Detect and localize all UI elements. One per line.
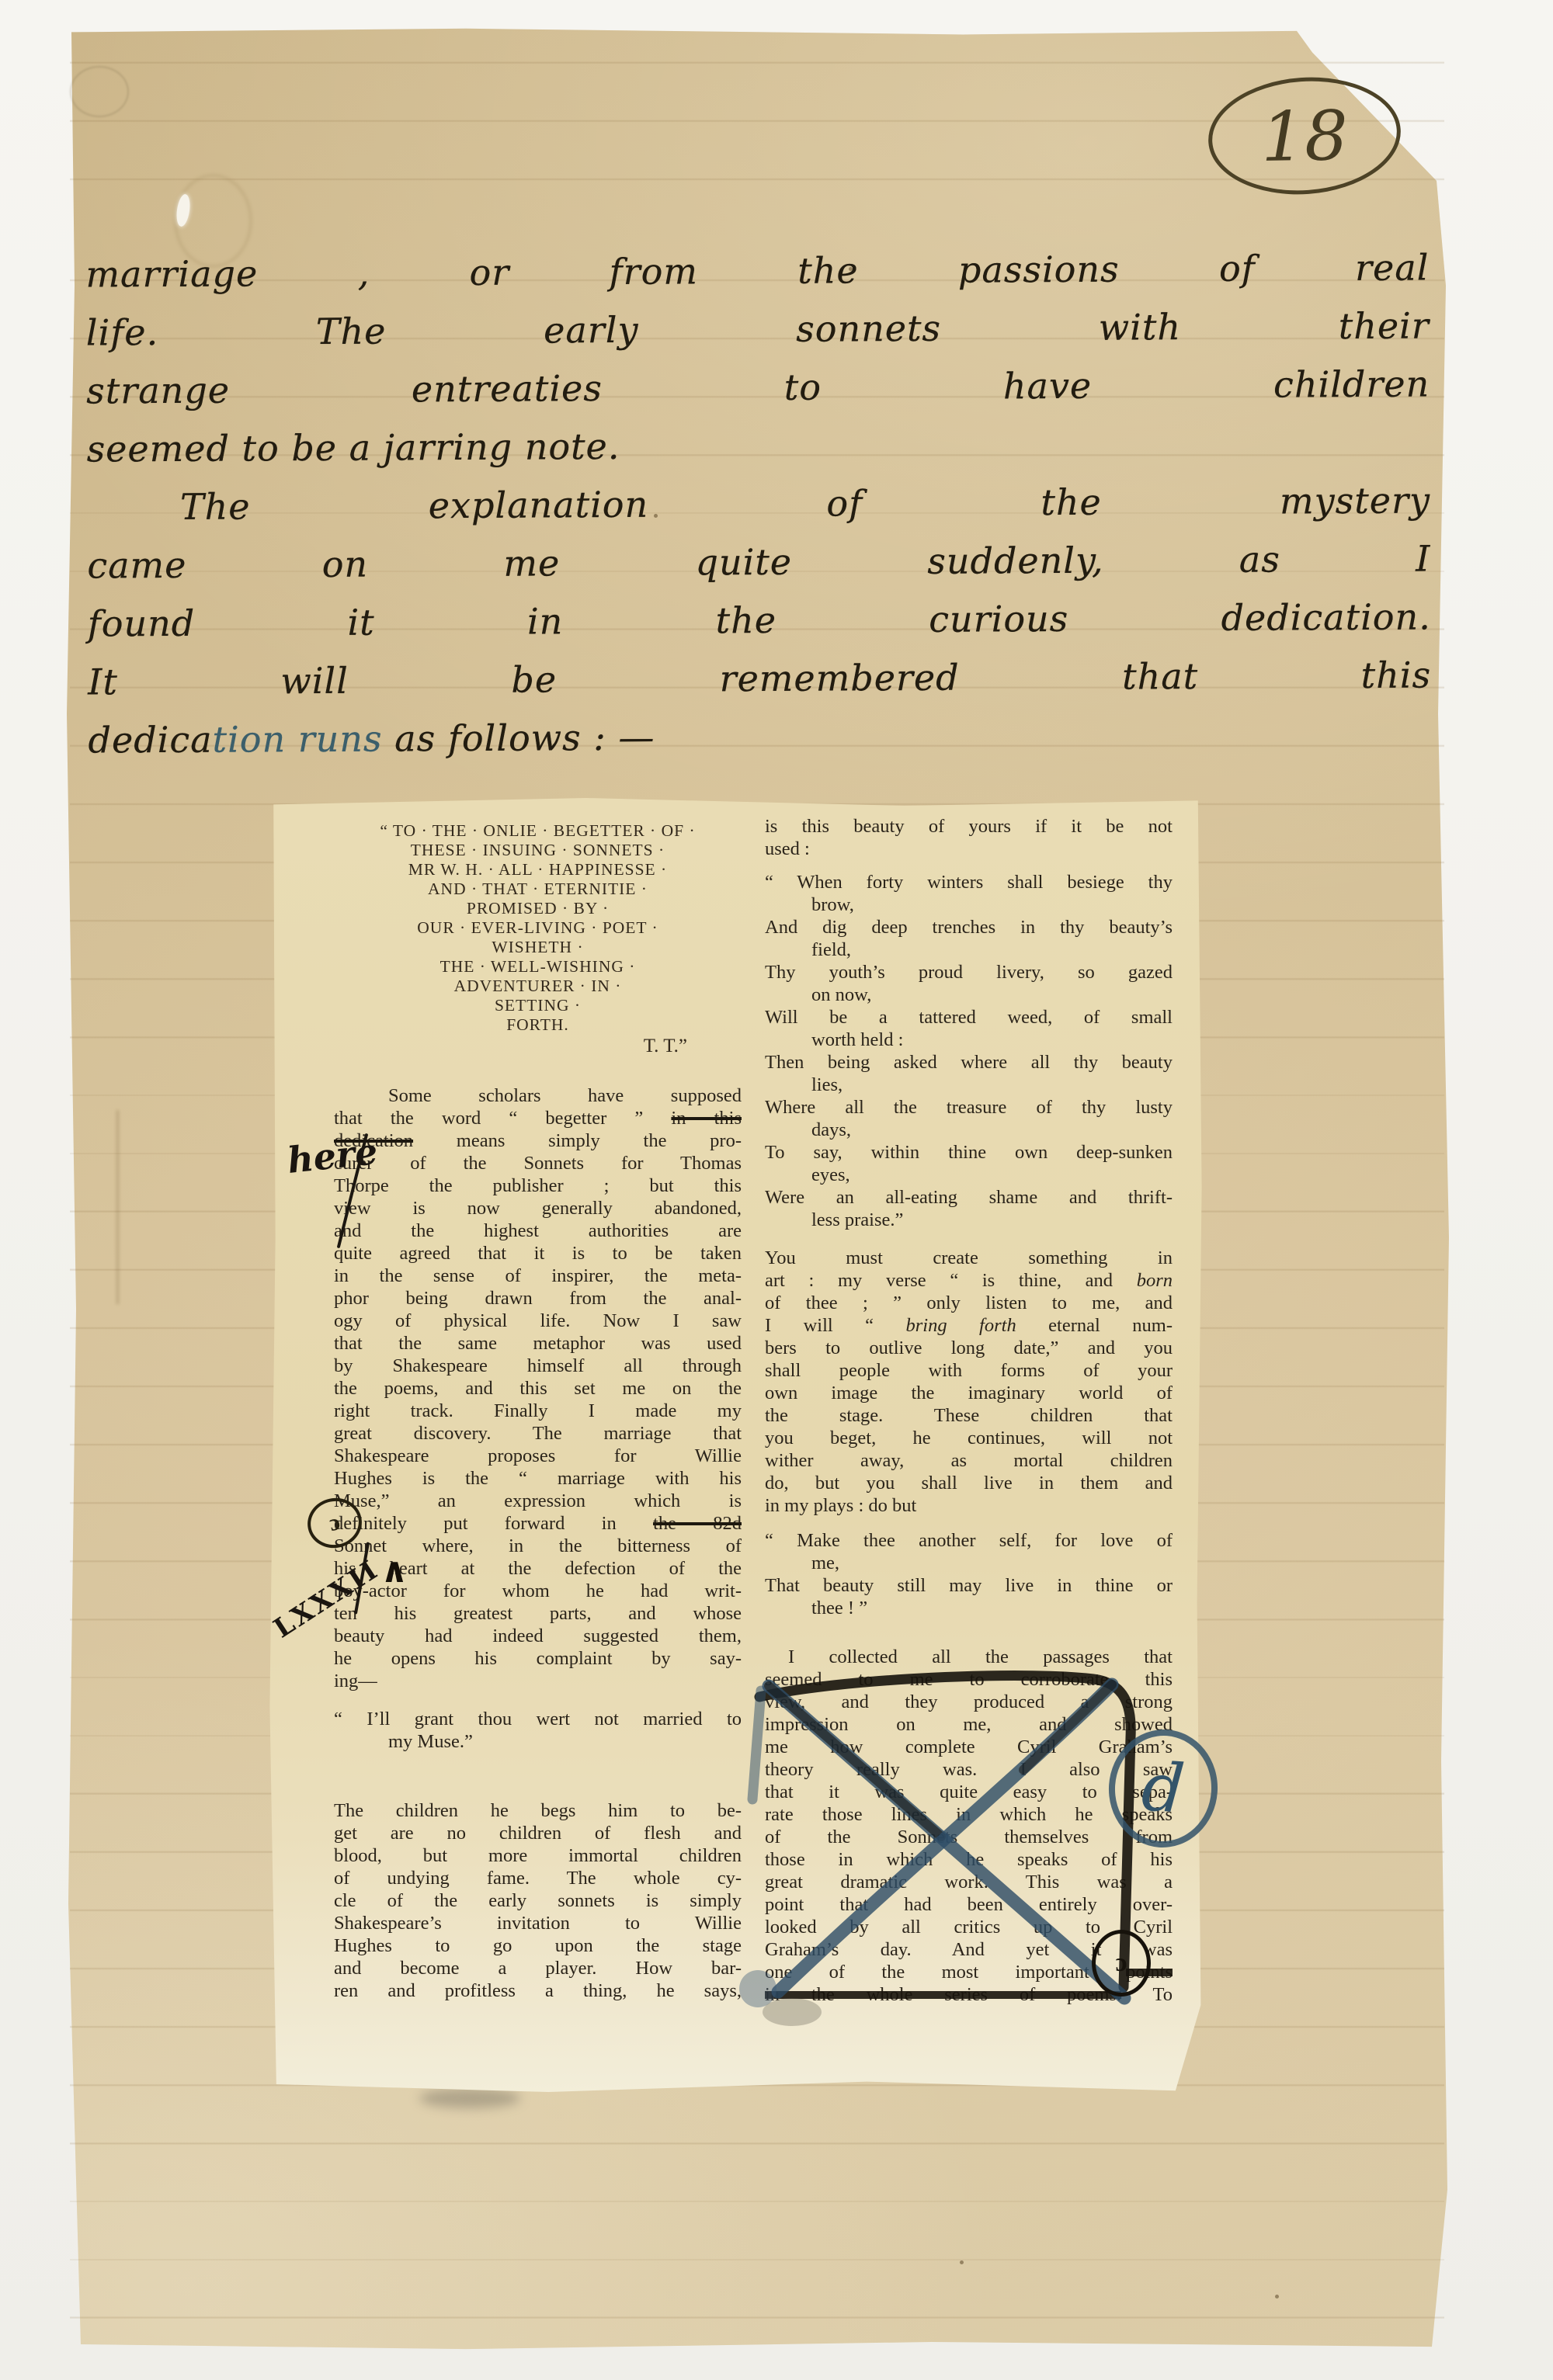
pencil-smudge [419,2088,520,2108]
printed-line: bers to outlive long date,” and you [765,1337,1173,1359]
printed-line: is this beauty of yours if it be not [765,815,1173,838]
printed-line: in my plays : do but [765,1494,1173,1517]
paper-crease [116,1110,119,1304]
printed-line: Shakespeare proposes for Willie [334,1445,742,1467]
printed-line: I collected all the passages that [765,1646,1173,1668]
printed-line: Thorpe the publisher ; but this [334,1174,742,1197]
faint-pencil-mark [70,66,129,117]
dedication-line: THESE · INSUING · SONNETS · [334,841,742,860]
printed-line: the poems, and this set me on the [334,1377,742,1400]
clipping-right-column: is this beauty of yours if it be notused… [765,815,1173,2006]
printed-line: shall people with forms of your [765,1359,1173,1382]
dedication-line: THE · WELL-WISHING · [334,957,742,977]
clipping-left-column: “ TO · THE · ONLIE · BEGETTER · OF ·THES… [334,821,742,2002]
printed-line: Muse,” an expression which is [334,1490,742,1512]
verse-forty-winters: “ When forty winters shall besiege thybr… [765,871,1173,1231]
dedication-line: FORTH. [334,1015,742,1035]
printed-line: do, but you shall live in them and [765,1472,1173,1494]
handwritten-line: seemed to be a jarring note. [86,416,839,478]
printed-line: art : my verse “ is thine, and born [765,1269,1173,1292]
verse-line: less praise.” [765,1209,1173,1231]
dedication-line: SETTING · [334,996,742,1015]
printed-line: ten his greatest parts, and whose [334,1602,742,1625]
printed-line: my Muse.” [334,1730,742,1753]
printed-line: cle of the early sonnets is simply [334,1889,742,1912]
printed-line: “ I’ll grant thou wert not married to [334,1708,742,1730]
printed-line: seemed to me to corroborate this [765,1668,1173,1691]
verse-line: That beauty still may live in thine or [765,1574,1173,1597]
printed-line: those in which he speaks of his [765,1848,1173,1871]
printed-line: Some scholars have supposed [334,1084,742,1107]
printed-line: impression on me, and showed [765,1713,1173,1736]
printed-line: You must create something in [765,1247,1173,1269]
verse-line: To say, within thine own deep-sunken [765,1141,1173,1164]
ink-speck [960,2260,964,2264]
printed-line: own image the imaginary world of [765,1382,1173,1404]
verse-line: thee ! ” [765,1597,1173,1619]
handwritten-text-block: marriage , or from the passions of reall… [85,238,1432,769]
dele-proof-mark: ɔ [1092,1930,1151,1997]
handwritten-line: The explanation of the mystery [87,471,1430,536]
ink-speck [1275,2295,1279,2298]
verse-line: Will be a tattered weed, of small [765,1006,1173,1029]
printed-line: of undying fame. The whole cy- [334,1867,742,1889]
dedication-line: AND · THAT · ETERNITIE · [334,879,742,899]
verse-line: eyes, [765,1164,1173,1186]
verse-line: brow, [765,893,1173,916]
printed-line: view is now generally abandoned, [334,1197,742,1219]
verse-line: Then being asked where all thy beauty [765,1051,1173,1074]
verse-line: days, [765,1119,1173,1141]
verse-line: And dig deep trenches in thy beauty’s [765,916,1173,938]
verse-line: Where all the treasure of thy lusty [765,1096,1173,1119]
printed-line: ren and profitless a thing, he says, [334,1979,742,2002]
printed-line: ing— [334,1670,742,1692]
verse-line: lies, [765,1074,1173,1096]
handwritten-line: came on me quite suddenly, as I [87,529,1430,595]
verse-line: “ When forty winters shall besiege thy [765,871,1173,893]
verse-line: Thy youth’s proud livery, so gazed [765,961,1173,984]
printed-line: me how complete Cyril Graham’s [765,1736,1173,1758]
printed-line: and the highest authorities are [334,1219,742,1242]
handwritten-line: life. The early sonnets with their [86,297,1430,362]
printed-line: dedication means simply the pro- [334,1129,742,1152]
verse-line: field, [765,938,1173,961]
handwritten-line: found it in the curious dedication. [88,588,1431,653]
dedication-line: PROMISED · BY · [334,899,742,918]
handwritten-line: dedication runs as follows : — [88,707,867,769]
dedication-line: MR W. H. · ALL · HAPPINESSE · [334,860,742,879]
printed-line: Hughes to go upon the stage [334,1934,742,1957]
dedication-line: ADVENTURER · IN · [334,977,742,996]
printed-line: The children he begs him to be- [334,1799,742,1822]
handwritten-line: It will be remembered that this [88,646,1431,711]
printed-line: ogy of physical life. Now I saw [334,1310,742,1332]
printed-line: by Shakespeare himself all through [334,1355,742,1377]
verse-line: worth held : [765,1029,1173,1051]
verse-line: on now, [765,984,1173,1006]
handwritten-line: strange entreaties to have children [86,355,1430,420]
printed-line: definitely put forward in the 82d [334,1512,742,1535]
printed-line: Shakespeare’s invitation to Willie [334,1912,742,1934]
sonnets-dedication: “ TO · THE · ONLIE · BEGETTER · OF ·THES… [334,821,742,1035]
printed-line: view, and they produced a strong [765,1691,1173,1713]
printed-line: and become a player. How bar- [334,1957,742,1979]
paragraph-create-art: You must create something inart : my ver… [765,1247,1173,1517]
paragraph-beauty-intro: is this beauty of yours if it be notused… [765,815,1173,860]
printed-line: that the word “ begetter ” in this [334,1107,742,1129]
printed-line: great discovery. The marriage that [334,1422,742,1445]
verse-line: me, [765,1552,1173,1574]
printed-line: he opens his complaint by say- [334,1647,742,1670]
paragraph-children: The children he begs him to be-get are n… [334,1799,742,2002]
printed-line: you beget, he continues, will not [765,1427,1173,1449]
insertion-caret: ∧ [380,1551,408,1591]
printed-line: the stage. These children that [765,1404,1173,1427]
quote-married-to-muse: “ I’ll grant thou wert not married tomy … [334,1708,742,1753]
printed-line: that the same metaphor was used [334,1332,742,1355]
printed-clipping: “ TO · THE · ONLIE · BEGETTER · OF ·THES… [268,798,1204,2096]
printed-line: Hughes is the “ marriage with his [334,1467,742,1490]
printed-line: point that had been entirely over- [765,1893,1173,1916]
manuscript-scan: 18 marriage , or from the passions of re… [0,0,1553,2380]
printed-line: of the Sonnets themselves from [765,1826,1173,1848]
printed-line: right track. Finally I made my [334,1400,742,1422]
printed-line: blood, but more immortal children [334,1844,742,1867]
dedication-line: WISHETH · [334,938,742,957]
printed-line: used : [765,838,1173,860]
printed-line: beauty had indeed suggested them, [334,1625,742,1647]
printed-line: in the sense of inspirer, the meta- [334,1265,742,1287]
printed-line: quite agreed that it is to be taken [334,1242,742,1265]
handwritten-line: marriage , or from the passions of real [85,238,1429,304]
printed-line: great dramatic work. This was a [765,1871,1173,1893]
page-number: 18 [1260,95,1349,177]
printed-line: of thee ; ” only listen to me, and [765,1292,1173,1314]
dedication-line: OUR · EVER-LIVING · POET · [334,918,742,938]
printed-line: phor being drawn from the anal- [334,1287,742,1310]
paragraph-begetter: Some scholars have supposedthat the word… [334,1084,742,1692]
printed-line: get are no children of flesh and [334,1822,742,1844]
printed-line: curer of the Sonnets for Thomas [334,1152,742,1174]
verse-line: “ Make thee another self, for love of [765,1529,1173,1552]
verse-line: Were an all-eating shame and thrift- [765,1186,1173,1209]
dedication-line: “ TO · THE · ONLIE · BEGETTER · OF · [334,821,742,841]
printed-line: I will “ bring forth eternal num- [765,1314,1173,1337]
printed-line: wither away, as mortal children [765,1449,1173,1472]
dedication-signature: T. T.” [334,1035,742,1058]
verse-another-self: “ Make thee another self, for love ofme,… [765,1529,1173,1619]
